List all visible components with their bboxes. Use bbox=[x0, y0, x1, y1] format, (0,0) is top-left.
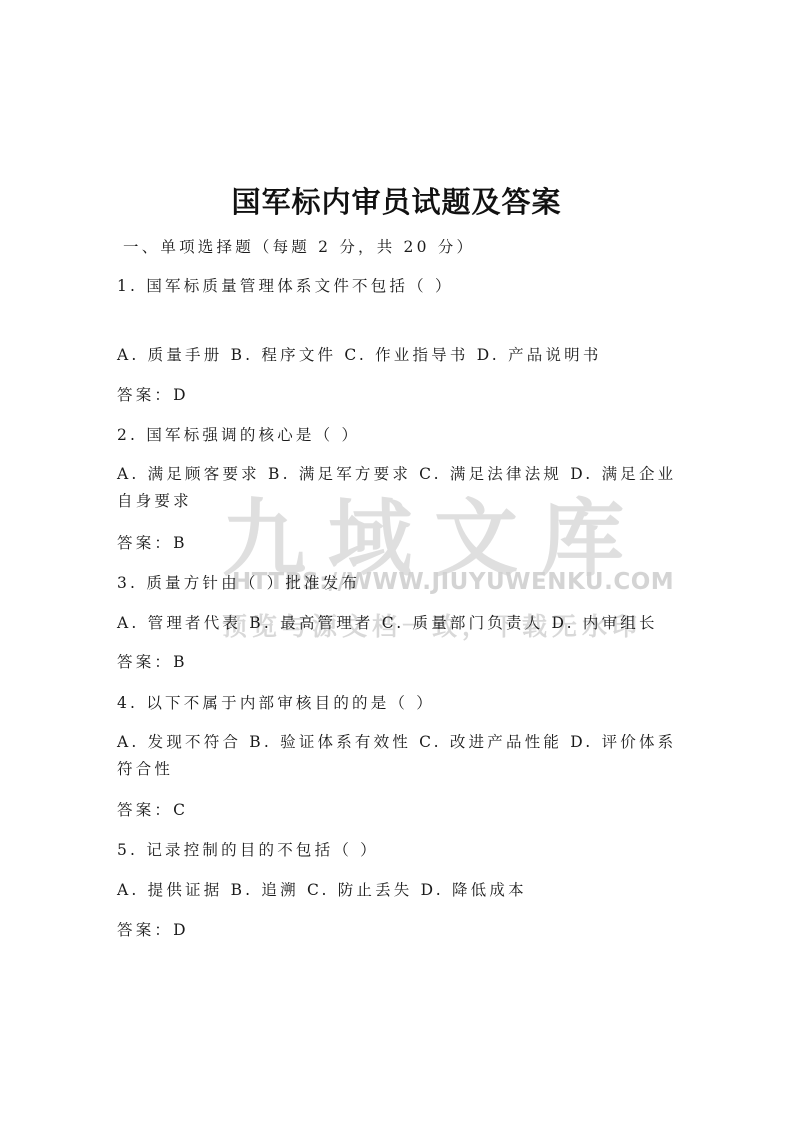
question-answer: 答案：D bbox=[117, 385, 189, 405]
question-answer: 答案：B bbox=[117, 533, 188, 553]
question-options: A. 管理者代表 B. 最高管理者 C. 质量部门负责人 D. 内审组长 bbox=[117, 613, 658, 633]
question-stem: 2. 国军标强调的核心是（ ） bbox=[117, 425, 360, 445]
question-options: A. 满足顾客要求 B. 满足军方要求 C. 满足法律法规 D. 满足企业自身要… bbox=[117, 461, 677, 515]
question-answer: 答案：B bbox=[117, 652, 188, 672]
question-options: A. 质量手册 B. 程序文件 C. 作业指导书 D. 产品说明书 bbox=[117, 345, 602, 365]
document-page: 九域文库 HTTPS://WWW.JIUYUWENKU.COM 预览与源文档一致… bbox=[0, 0, 793, 1122]
question-answer: 答案：D bbox=[117, 920, 189, 940]
question-answer: 答案：C bbox=[117, 800, 188, 820]
question-options: A. 提供证据 B. 追溯 C. 防止丢失 D. 降低成本 bbox=[117, 880, 527, 900]
question-options: A. 发现不符合 B. 验证体系有效性 C. 改进产品性能 D. 评价体系符合性 bbox=[117, 729, 677, 783]
question-stem: 1. 国军标质量管理体系文件不包括（ ） bbox=[117, 276, 454, 296]
question-stem: 4. 以下不属于内部审核目的的是（ ） bbox=[117, 693, 435, 713]
document-content: 国军标内审员试题及答案 一、单项选择题（每题 2 分，共 20 分） 1. 国军… bbox=[0, 0, 793, 1122]
question-stem: 3. 质量方针由（ ）批准发布 bbox=[117, 573, 360, 593]
document-title: 国军标内审员试题及答案 bbox=[0, 180, 793, 221]
section-heading: 一、单项选择题（每题 2 分，共 20 分） bbox=[123, 237, 475, 257]
question-stem: 5. 记录控制的目的不包括（ ） bbox=[117, 840, 379, 860]
